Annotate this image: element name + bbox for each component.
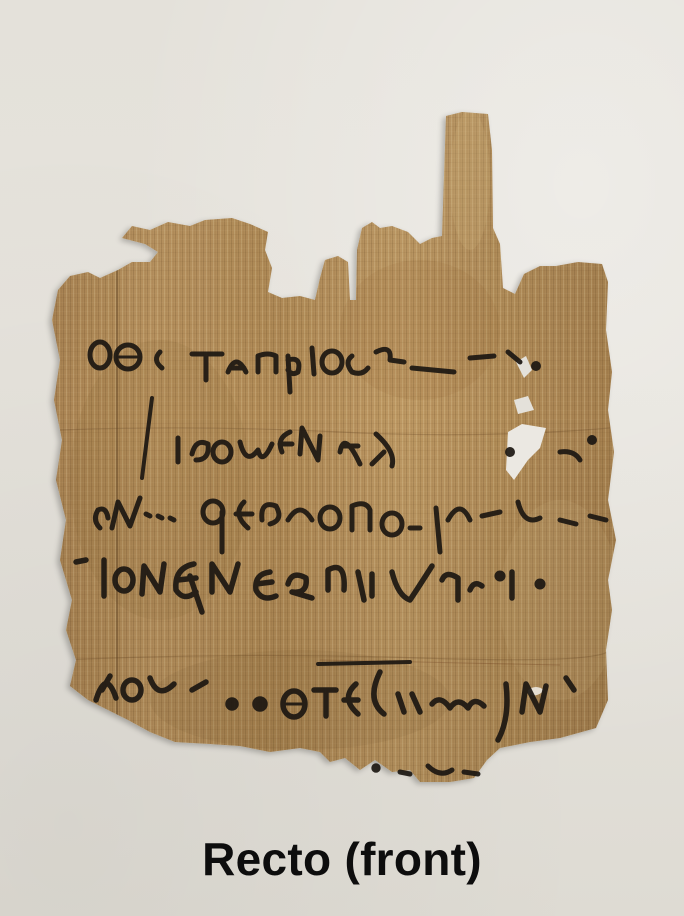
supralinear-stroke (318, 662, 410, 664)
caption-label: Recto (front) (0, 832, 684, 886)
papyrus-fragment (0, 0, 684, 820)
papyrus-texture (0, 0, 684, 820)
